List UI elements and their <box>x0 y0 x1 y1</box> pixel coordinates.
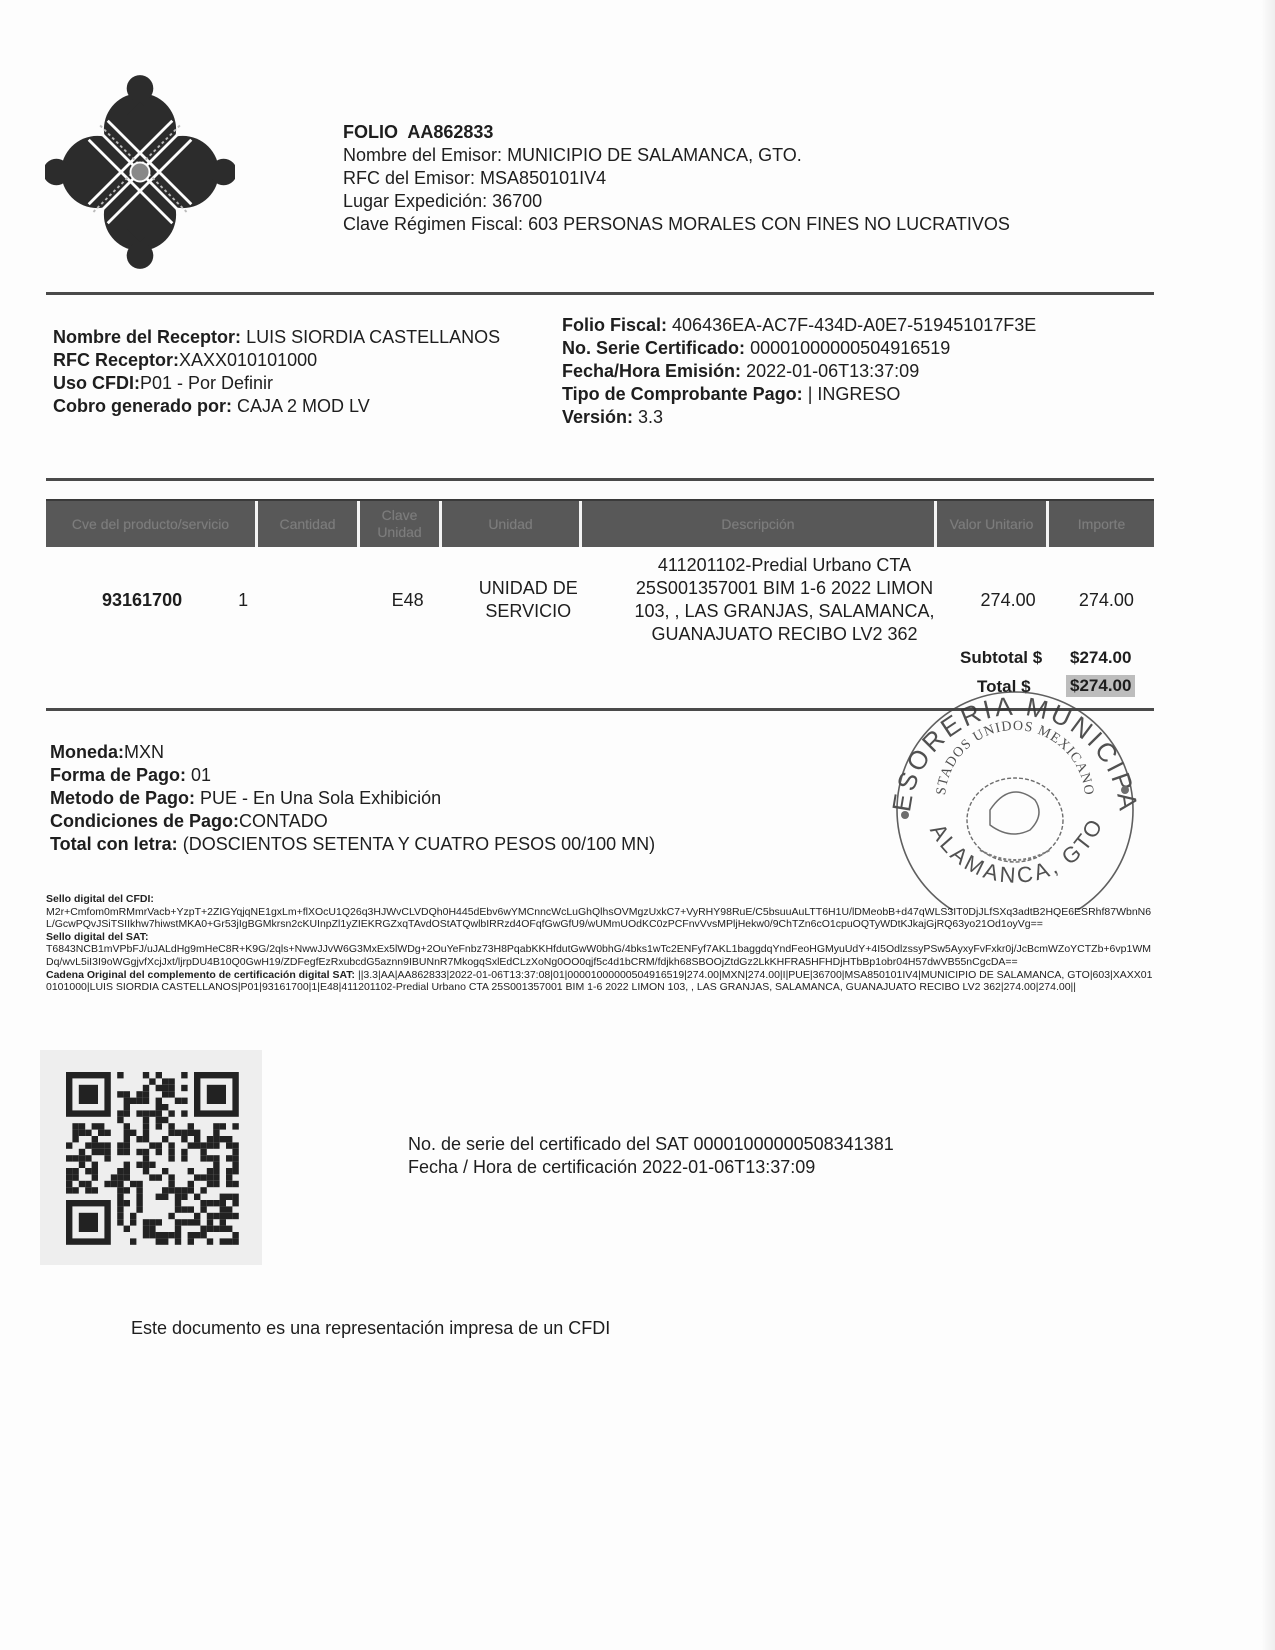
issuer-place-value: 36700 <box>492 191 542 211</box>
version-label: Versión: <box>562 407 633 427</box>
folio-fiscal-value: 406436EA-AC7F-434D-A0E7-519451017F3E <box>672 315 1036 335</box>
cell-descripcion: 411201102-Predial Urbano CTA 25S00135700… <box>612 550 958 650</box>
folio-label: FOLIO <box>343 122 398 142</box>
issuer-name-value: MUNICIPIO DE SALAMANCA, GTO. <box>507 145 802 165</box>
issuer-regime-value: 603 PERSONAS MORALES CON FINES NO LUCRAT… <box>528 214 1010 234</box>
col-header-cantidad: Cantidad <box>258 501 360 547</box>
treasury-seal-icon: TESORERIA MUNICIPAL ESTADOS UNIDOS MEXIC… <box>885 680 1145 910</box>
version-value: 3.3 <box>638 407 663 427</box>
footer-note: Este documento es una representación imp… <box>131 1318 610 1339</box>
tipo-comprobante-value: | INGRESO <box>808 384 901 404</box>
issuer-place-label: Lugar Expedición: <box>343 191 487 211</box>
moneda-value: MXN <box>124 742 164 762</box>
svg-text:TESORERIA MUNICIPAL: TESORERIA MUNICIPAL <box>885 680 1144 815</box>
issuer-regime-label: Clave Régimen Fiscal: <box>343 214 523 234</box>
scan-edge-shadow <box>1261 0 1275 1650</box>
sello-cfdi-value: M2r+Cmfom0mRMmrVacb+YzpT+2ZIGYqjqNE1gxLm… <box>46 906 1156 931</box>
issuer-rfc-value: MSA850101IV4 <box>480 168 606 188</box>
cell-valor-unitario: 274.00 <box>957 550 1058 650</box>
serie-cert-value: 00001000000504916519 <box>750 338 950 358</box>
col-header-importe: Importe <box>1049 501 1154 547</box>
table-row: 93161700 1 E48 UNIDAD DE SERVICIO 411201… <box>46 550 1154 650</box>
uso-cfdi-value: P01 - Por Definir <box>140 373 273 393</box>
qr-code-icon <box>40 1050 262 1265</box>
total-letra-value: (DOSCIENTOS SETENTA Y CUATRO PESOS 00/10… <box>183 834 655 854</box>
condiciones-pago-value: CONTADO <box>239 811 328 831</box>
digital-seals: Sello digital del CFDI: M2r+Cmfom0mRMmrV… <box>46 893 1156 994</box>
cell-importe: 274.00 <box>1059 550 1154 650</box>
divider <box>46 292 1154 295</box>
fecha-cert-label: Fecha / Hora de certificación <box>408 1157 637 1177</box>
forma-pago-label: Forma de Pago: <box>50 765 186 785</box>
metodo-pago-label: Metodo de Pago: <box>50 788 195 808</box>
folio-value: AA862833 <box>407 122 493 142</box>
col-header-unidad: Unidad <box>442 501 582 547</box>
payment-block: Moneda:MXN Forma de Pago: 01 Metodo de P… <box>50 741 655 856</box>
cobro-value: CAJA 2 MOD LV <box>237 396 370 416</box>
condiciones-pago-label: Condiciones de Pago: <box>50 811 239 831</box>
subtotal-value: $274.00 <box>1070 648 1131 668</box>
fecha-emision-value: 2022-01-06T13:37:09 <box>746 361 919 381</box>
moneda-label: Moneda: <box>50 742 124 762</box>
sello-cfdi-label: Sello digital del CFDI: <box>46 893 1156 906</box>
uso-cfdi-label: Uso CFDI: <box>53 373 140 393</box>
sello-sat-label: Sello digital del SAT: <box>46 931 1156 944</box>
folio-line: FOLIO AA862833 <box>343 121 1010 144</box>
issuer-regime-line: Clave Régimen Fiscal: 603 PERSONAS MORAL… <box>343 213 1010 236</box>
cadena-original-label: Cadena Original del complemento de certi… <box>46 969 355 981</box>
fecha-emision-label: Fecha/Hora Emisión: <box>562 361 741 381</box>
col-header-descripcion: Descripción <box>582 501 937 547</box>
fiscal-block: Folio Fiscal: 406436EA-AC7F-434D-A0E7-51… <box>562 314 1036 429</box>
issuer-rfc-line: RFC del Emisor: MSA850101IV4 <box>343 167 1010 190</box>
folio-fiscal-label: Folio Fiscal: <box>562 315 667 335</box>
col-header-clave-unidad: Clave Unidad <box>360 501 442 547</box>
cell-unidad: UNIDAD DE SERVICIO <box>445 550 612 650</box>
serie-sat-label: No. de serie del certificado del SAT <box>408 1134 688 1154</box>
issuer-block: FOLIO AA862833 Nombre del Emisor: MUNICI… <box>343 121 1010 236</box>
sello-sat-value: T6843NCB1mVPbFJ/uJALdHg9mHeC8R+K9G/2qls+… <box>46 943 1156 968</box>
tipo-comprobante-label: Tipo de Comprobante Pago: <box>562 384 803 404</box>
municipal-logo-icon <box>45 72 235 272</box>
cell-cantidad: 1 <box>238 550 330 650</box>
issuer-name-label: Nombre del Emisor: <box>343 145 502 165</box>
receptor-block: Nombre del Receptor: LUIS SIORDIA CASTEL… <box>53 326 500 418</box>
issuer-rfc-label: RFC del Emisor: <box>343 168 475 188</box>
subtotal-label: Subtotal $ <box>960 648 1042 668</box>
issuer-name-line: Nombre del Emisor: MUNICIPIO DE SALAMANC… <box>343 144 1010 167</box>
col-header-valor-unitario: Valor Unitario <box>937 501 1049 547</box>
serie-cert-label: No. Serie Certificado: <box>562 338 745 358</box>
total-letra-label: Total con letra: <box>50 834 178 854</box>
certification-block: No. de serie del certificado del SAT 000… <box>408 1133 894 1179</box>
issuer-place-line: Lugar Expedición: 36700 <box>343 190 1010 213</box>
cobro-label: Cobro generado por: <box>53 396 232 416</box>
receptor-name-value: LUIS SIORDIA CASTELLANOS <box>246 327 500 347</box>
cell-clave-producto: 93161700 <box>46 550 238 650</box>
receptor-rfc-label: RFC Receptor: <box>53 350 179 370</box>
fecha-cert-value: 2022-01-06T13:37:09 <box>642 1157 815 1177</box>
serie-sat-value: 00001000000508341381 <box>694 1134 894 1154</box>
col-header-clave-producto: Cve del producto/servicio <box>46 501 258 547</box>
concepts-table-header: Cve del producto/servicio Cantidad Clave… <box>46 499 1154 547</box>
metodo-pago-value: PUE - En Una Sola Exhibición <box>200 788 441 808</box>
forma-pago-value: 01 <box>191 765 211 785</box>
cell-clave-unidad: E48 <box>331 550 445 650</box>
receptor-name-label: Nombre del Receptor: <box>53 327 241 347</box>
divider <box>46 478 1154 481</box>
receptor-rfc-value: XAXX010101000 <box>179 350 317 370</box>
